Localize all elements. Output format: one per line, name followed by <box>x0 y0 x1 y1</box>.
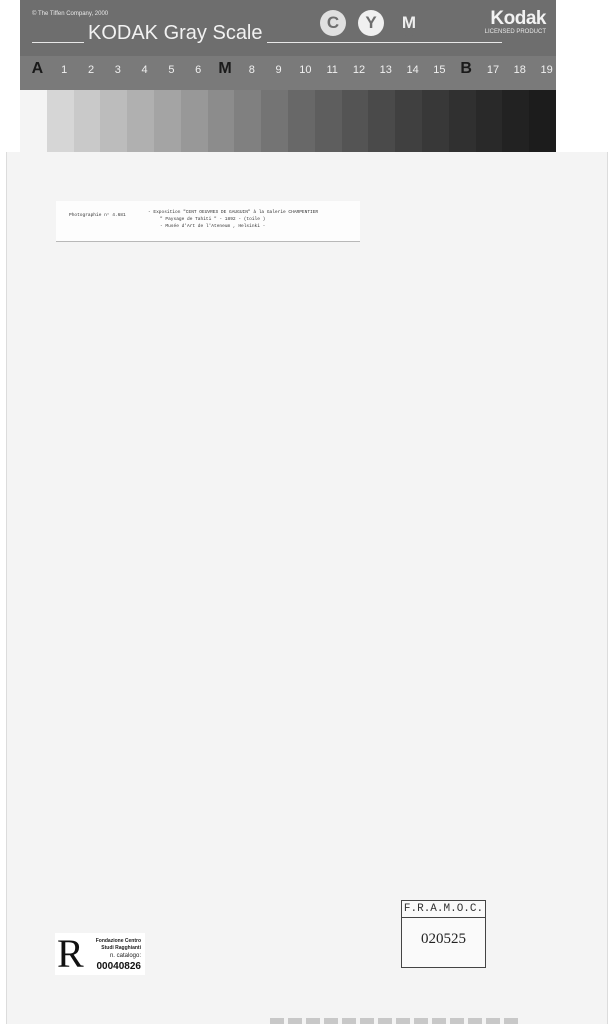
foundation-line-1: Fondazione Centro <box>96 938 141 944</box>
scale-label: 9 <box>266 64 292 76</box>
gray-patch <box>449 90 476 152</box>
scale-label: 18 <box>507 64 533 76</box>
scale-label: 13 <box>373 64 399 76</box>
gray-patch <box>395 90 422 152</box>
caption-line-1: - Exposition "CENT OEUVRES DE GAUGUIN" à… <box>148 210 318 215</box>
scale-label: 15 <box>426 64 452 76</box>
scale-label: 12 <box>346 64 372 76</box>
gray-patch <box>422 90 449 152</box>
cyan-mark: C <box>320 10 346 36</box>
card-title: KODAK Gray Scale <box>84 22 267 45</box>
copyright-text: © The Tiffen Company, 2000 <box>32 11 108 17</box>
gray-patches <box>20 90 556 152</box>
gray-patch <box>100 90 127 152</box>
framoc-header: F.R.A.M.O.C. <box>402 903 485 918</box>
gray-patch <box>154 90 181 152</box>
scale-label: 4 <box>132 64 158 76</box>
catalog-label: n. catalogo: <box>110 953 141 959</box>
gray-patch <box>20 90 47 152</box>
gray-patch <box>529 90 556 152</box>
bottom-edge-marks <box>270 1018 520 1024</box>
scale-label: B <box>453 60 479 78</box>
scale-label: 1 <box>51 64 77 76</box>
magenta-mark: M <box>396 10 422 36</box>
scale-label: 5 <box>158 64 184 76</box>
yellow-mark: Y <box>358 10 384 36</box>
gray-patch <box>288 90 315 152</box>
photo-number: Photographie n° 4.681 <box>69 213 126 218</box>
card-header: © The Tiffen Company, 2000 KODAK Gray Sc… <box>20 0 556 56</box>
scale-label: 3 <box>105 64 131 76</box>
ragghianti-logo-icon: R <box>57 936 75 972</box>
caption-line-2: " Paysage de Tahiti " - 1892 - (toile ) <box>160 217 265 222</box>
framoc-stamp: F.R.A.M.O.C. 020525 <box>401 900 486 968</box>
scale-label: 11 <box>319 64 345 76</box>
scale-label: 14 <box>400 64 426 76</box>
gray-patch <box>261 90 288 152</box>
scale-label: A <box>24 60 50 78</box>
caption-line-3: - Musée d'Art de l'Ateneum , Helsinki - <box>160 224 265 229</box>
gray-patch <box>502 90 529 152</box>
gray-patch <box>476 90 503 152</box>
gray-patch <box>127 90 154 152</box>
scale-label: 8 <box>239 64 265 76</box>
caption-label: Photographie n° 4.681 - Exposition "CENT… <box>56 201 360 242</box>
gray-patch <box>234 90 261 152</box>
gray-patch <box>74 90 101 152</box>
gray-patch <box>315 90 342 152</box>
foundation-line-2: Studi Ragghianti <box>101 945 141 951</box>
scale-label: 19 <box>534 64 560 76</box>
catalog-number: 00040826 <box>97 961 142 972</box>
gray-patch <box>342 90 369 152</box>
mount-board <box>6 152 608 1024</box>
licensed-product-text: LICENSED PRODUCT <box>485 29 546 35</box>
scale-label: 10 <box>292 64 318 76</box>
kodak-gray-scale-card: © The Tiffen Company, 2000 KODAK Gray Sc… <box>20 0 556 152</box>
gray-patch <box>47 90 74 152</box>
kodak-logo: Kodak <box>490 8 546 30</box>
scale-label: M <box>212 60 238 78</box>
gray-patch <box>208 90 235 152</box>
scale-label: 17 <box>480 64 506 76</box>
foundation-label: R Fondazione Centro Studi Ragghianti n. … <box>55 933 145 975</box>
framoc-number: 020525 <box>402 931 485 948</box>
scale-label: 2 <box>78 64 104 76</box>
gray-patch <box>368 90 395 152</box>
scale-label: 6 <box>185 64 211 76</box>
gray-patch <box>181 90 208 152</box>
scale-labels: A123456M89101112131415B171819 <box>20 60 556 84</box>
